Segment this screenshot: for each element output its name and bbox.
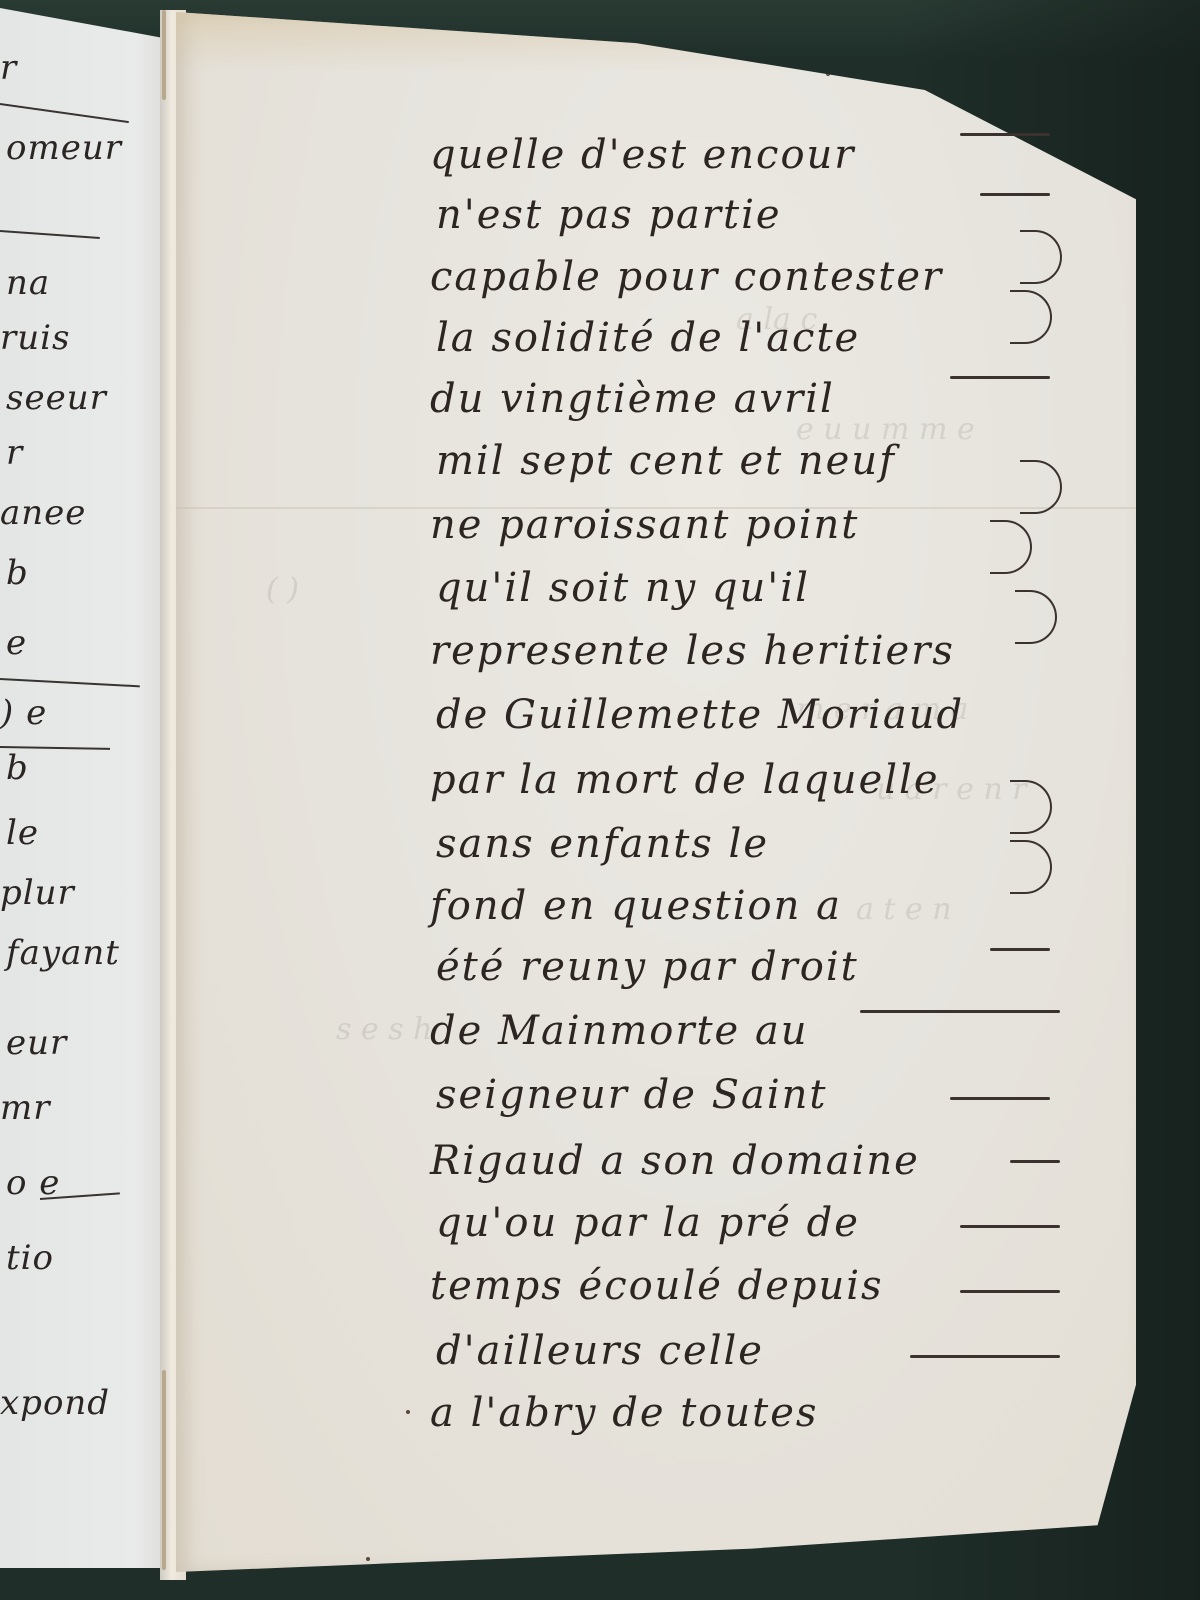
line-filler-dash (1010, 1160, 1060, 1163)
left-page-fragment: na (6, 263, 50, 303)
manuscript-line: mil sept cent et neuf (436, 438, 896, 484)
left-page-fragment: anee (0, 493, 86, 533)
manuscript-line: capable pour contester (430, 254, 943, 300)
manuscript-line: quelle d'est encour (430, 132, 855, 178)
left-page-fragment: eur (6, 1023, 67, 1063)
manuscript-line: été reuny par droit (436, 944, 859, 990)
line-filler-dash (950, 1097, 1050, 1100)
left-page-fragment: tio (6, 1238, 54, 1278)
left-page-fragment: omeur (6, 128, 122, 168)
ink-flourish (0, 678, 140, 687)
binding-thread (162, 1370, 166, 1570)
binding-thread (162, 10, 166, 100)
manuscript-line: temps écoulé depuis (430, 1263, 884, 1309)
paper-speck (826, 72, 830, 76)
left-page-fragment: r (6, 433, 23, 473)
left-page-fragment: e (6, 623, 27, 663)
left-page-fragment: b (6, 553, 29, 593)
manuscript-line: de Guillemette Moriaud (436, 692, 964, 738)
left-page-fragment: r (0, 48, 17, 88)
paper-speck (406, 1410, 410, 1414)
ink-flourish (0, 230, 100, 239)
left-page: romeurnaruisseeurraneebe) ebleplurfayant… (0, 8, 170, 1568)
left-page-fragment: seeur (6, 378, 107, 418)
ink-flourish (0, 103, 129, 123)
manuscript-line: fond en question a (430, 883, 842, 929)
manuscript-line: seigneur de Saint (436, 1072, 828, 1118)
manuscript-line: represente les heritiers (430, 628, 955, 674)
manuscript-line: a l'abry de toutes (430, 1390, 818, 1436)
bleed-through-text: ( ) (266, 572, 299, 607)
line-filler-dash (910, 1355, 1060, 1358)
line-filler-dash (960, 1290, 1060, 1293)
manuscript-line: n'est pas partie (436, 192, 782, 238)
left-page-fragment: plur (0, 873, 75, 913)
manuscript-line: la solidité de l'acte (436, 315, 860, 361)
left-page-fragment: ) e (0, 693, 47, 733)
manuscript-line: du vingtième avril (430, 376, 835, 422)
manuscript-line: sans enfants le (436, 821, 769, 867)
left-page-fragment: le (6, 813, 39, 853)
manuscript-line: de Mainmorte au (430, 1008, 809, 1054)
bleed-through-text: a t e n (856, 892, 952, 927)
left-page-fragment: ruis (0, 318, 70, 358)
manuscript-line: d'ailleurs celle (436, 1328, 764, 1374)
line-filler-dash (960, 133, 1050, 136)
line-filler-dash (860, 1010, 1060, 1013)
manuscript-line: ne paroissant point (430, 502, 859, 548)
manuscript-line: Rigaud a son domaine (430, 1138, 920, 1184)
left-page-fragment: fayant (6, 933, 120, 973)
left-page-fragment: xpond (0, 1383, 110, 1423)
line-filler-dash (960, 1225, 1060, 1228)
paper-speck (366, 1557, 370, 1561)
manuscript-line: par la mort de laquelle (430, 757, 940, 803)
manuscript-line: qu'il soit ny qu'il (436, 565, 810, 611)
left-page-fragment: mr (0, 1088, 51, 1128)
line-filler-dash (980, 193, 1050, 196)
left-page-fragment: b (6, 748, 29, 788)
bleed-through-text: s e s h (336, 1012, 432, 1047)
line-filler-dash (950, 376, 1050, 379)
manuscript-line: qu'ou par la pré de (436, 1200, 860, 1246)
line-filler-dash (990, 948, 1050, 951)
